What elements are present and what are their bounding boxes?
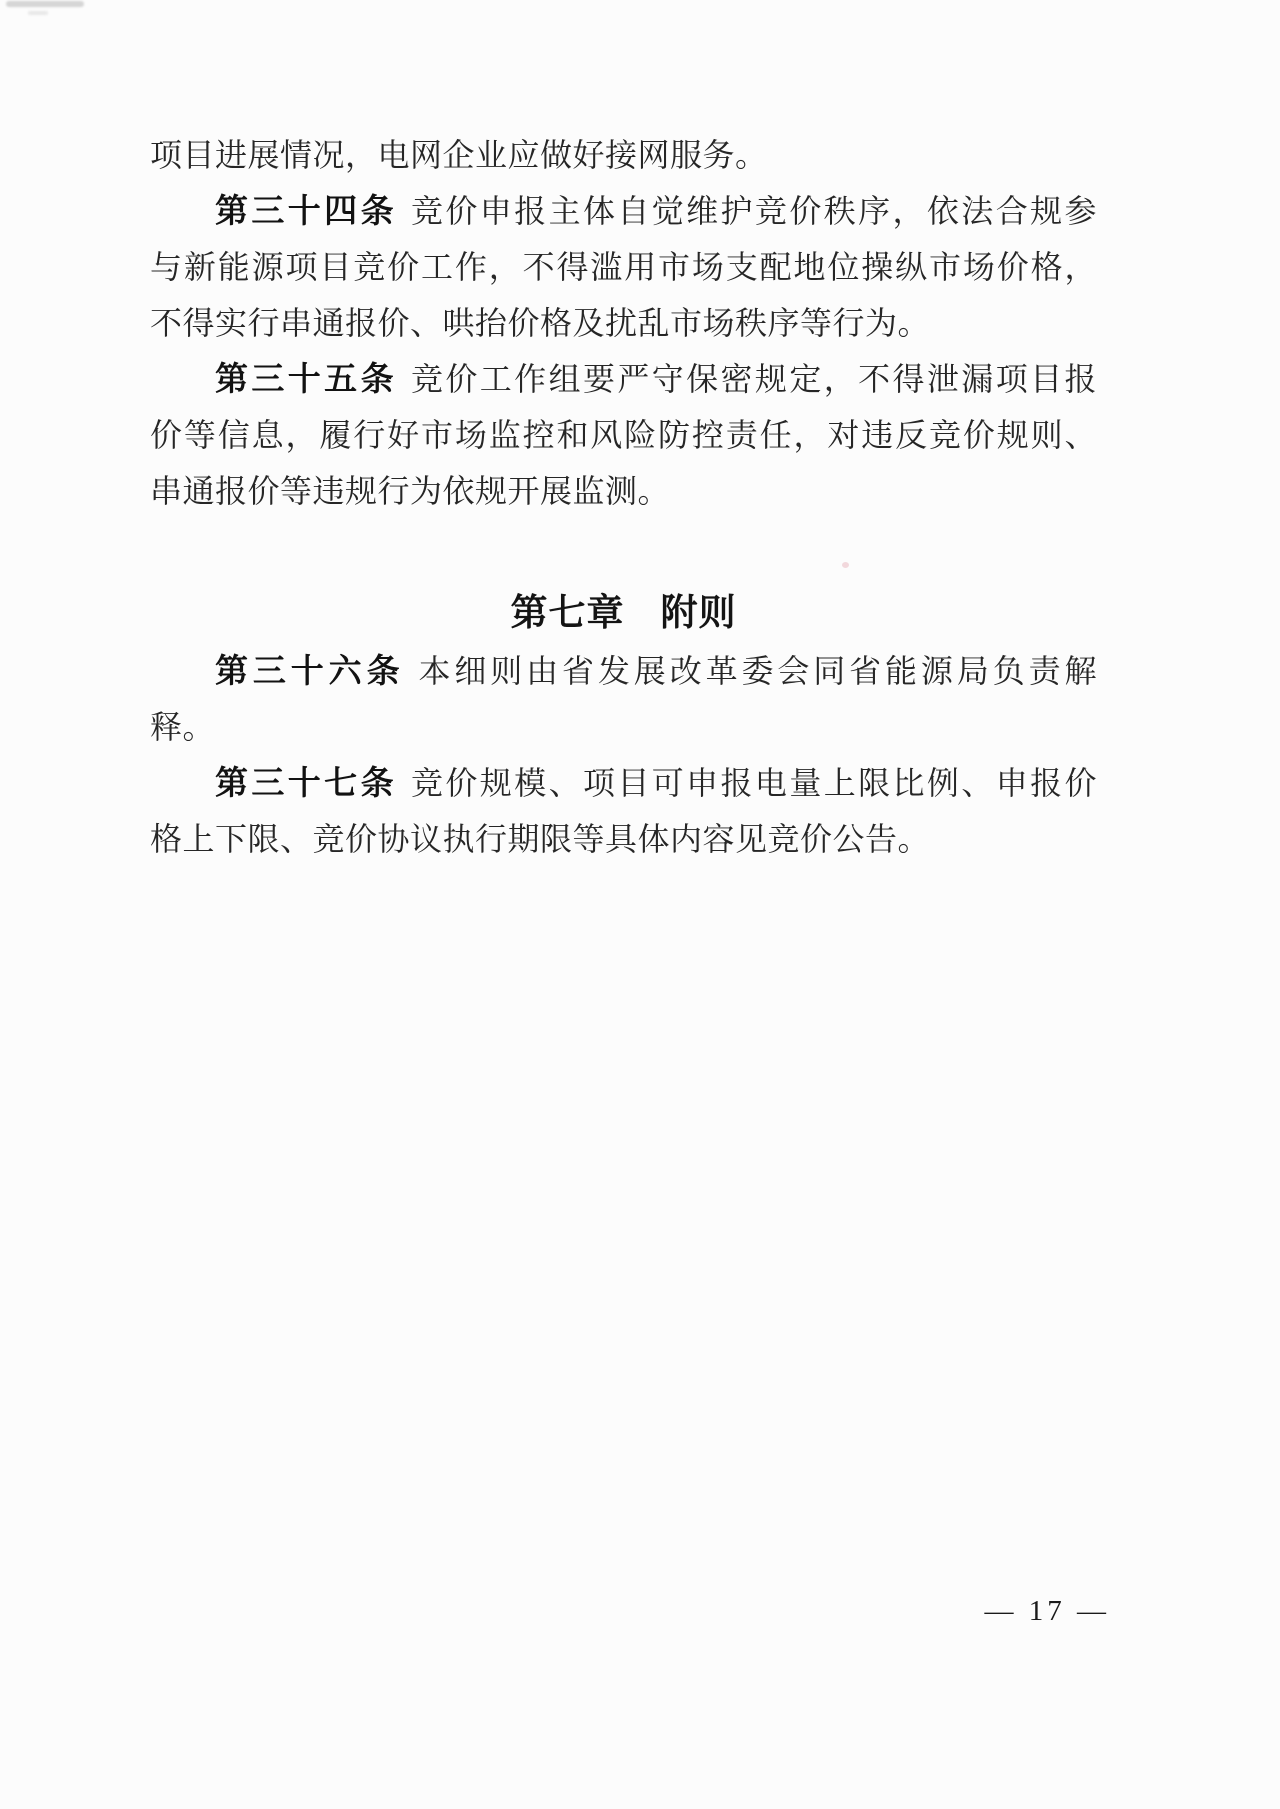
page-number: — 17 — <box>985 1594 1111 1628</box>
article-number: 第三十五条 <box>215 362 397 398</box>
chapter-heading: 第七章附则 <box>150 591 1097 637</box>
body-line-text: 本细则由省发展改革委会同省能源局负责解 <box>418 653 1097 689</box>
body-line-text: 项目进展情况，电网企业应做好接网服务。 <box>150 137 768 173</box>
body-line: 第三十四条竞价申报主体自觉维护竞价秩序，依法合规参 <box>150 183 1097 239</box>
body-line: 与新能源项目竞价工作，不得滥用市场支配地位操纵市场价格， <box>150 239 1097 295</box>
document-body: 项目进展情况，电网企业应做好接网服务。 第三十四条竞价申报主体自觉维护竞价秩序，… <box>150 127 1097 867</box>
chapter-number: 第七章 <box>511 593 625 634</box>
body-line: 第三十五条竞价工作组要严守保密规定，不得泄漏项目报 <box>150 351 1097 407</box>
article-number: 第三十六条 <box>215 654 404 690</box>
article-number: 第三十四条 <box>215 194 397 230</box>
article-number: 第三十七条 <box>215 766 397 802</box>
body-line-text: 竞价工作组要严守保密规定，不得泄漏项目报 <box>411 361 1097 397</box>
chapter-title: 附则 <box>661 593 737 634</box>
scan-artifact-smudge <box>28 11 48 15</box>
body-line: 项目进展情况，电网企业应做好接网服务。 <box>150 127 1097 183</box>
body-line: 释。 <box>150 699 1097 755</box>
body-line-text: 价等信息，履行好市场监控和风险防控责任，对违反竞价规则、 <box>150 417 1097 453</box>
body-line: 第三十七条竞价规模、项目可申报电量上限比例、申报价 <box>150 755 1097 811</box>
body-line-text: 不得实行串通报价、哄抬价格及扰乱市场秩序等行为。 <box>150 305 930 341</box>
body-line-text: 竞价申报主体自觉维护竞价秩序，依法合规参 <box>411 193 1097 229</box>
body-line-text: 竞价规模、项目可申报电量上限比例、申报价 <box>411 765 1097 801</box>
body-line: 不得实行串通报价、哄抬价格及扰乱市场秩序等行为。 <box>150 295 1097 351</box>
document-page: 项目进展情况，电网企业应做好接网服务。 第三十四条竞价申报主体自觉维护竞价秩序，… <box>0 0 1280 1809</box>
body-line: 第三十六条本细则由省发展改革委会同省能源局负责解 <box>150 643 1097 699</box>
body-line-text: 格上下限、竞价协议执行期限等具体内容见竞价公告。 <box>150 821 930 857</box>
body-line-text: 释。 <box>150 709 215 745</box>
body-line: 价等信息，履行好市场监控和风险防控责任，对违反竞价规则、 <box>150 407 1097 463</box>
body-line: 串通报价等违规行为依规开展监测。 <box>150 463 1097 519</box>
body-line: 格上下限、竞价协议执行期限等具体内容见竞价公告。 <box>150 811 1097 867</box>
body-line-text: 串通报价等违规行为依规开展监测。 <box>150 473 670 509</box>
body-line-text: 与新能源项目竞价工作，不得滥用市场支配地位操纵市场价格， <box>150 249 1097 285</box>
scan-artifact-smudge <box>6 1 84 7</box>
